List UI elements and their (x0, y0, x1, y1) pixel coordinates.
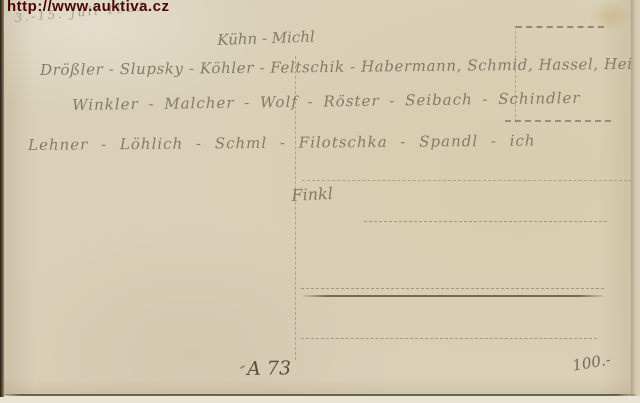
address-line (301, 288, 604, 289)
stamp-box-bottom-edge (505, 120, 611, 122)
handwritten-names-row: Lehner - Löhlich - Schml - Filotschka - … (28, 132, 536, 154)
postcard-paper: 3.-15. Juli 1922. Kühn - Michl Drößler -… (4, 0, 631, 395)
handwritten-title: Kühn - Michl (217, 28, 315, 49)
catalog-number: A 73 (247, 357, 291, 380)
pencil-underline (303, 295, 603, 297)
handwritten-names-row: Drößler - Slupsky - Köhler - Feltschik -… (40, 54, 640, 79)
handwritten-note: Finkl (291, 184, 333, 205)
address-line (302, 180, 632, 181)
address-line (364, 221, 607, 222)
watermark-url: http://www.auktiva.cz (7, 0, 169, 15)
handwritten-names-row: Winkler - Malcher - Wolf - Röster - Seib… (72, 89, 581, 114)
price-note: 100.- (571, 350, 612, 374)
scanned-postcard-back: 3.-15. Juli 1922. Kühn - Michl Drößler -… (0, 0, 640, 403)
stamp-box-top-edge (516, 26, 604, 28)
scan-bottom-background (0, 396, 640, 403)
scan-left-edge (0, 0, 4, 397)
pencil-mark (240, 365, 245, 369)
scan-right-edge (631, 0, 640, 396)
address-line (301, 338, 597, 339)
